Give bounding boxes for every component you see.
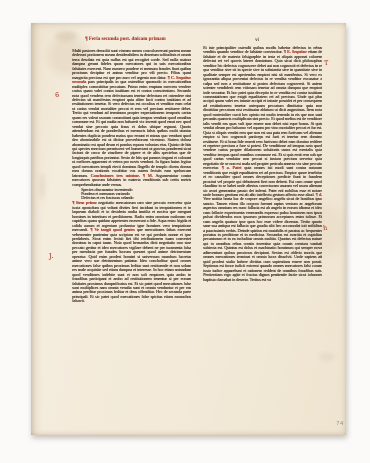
margin-annotation-right-lower: h xyxy=(323,225,328,232)
text-run: quia omnes isti modi sunt contra naturam… xyxy=(203,165,322,197)
pilcrow-icon: ¶ xyxy=(85,37,88,42)
text-run: que mercationes falsas exercent vehement… xyxy=(72,227,191,303)
margin-annotation-left-upper: 6 xyxy=(55,92,60,99)
text-run: etiam de falsitate et de materia falsigr… xyxy=(203,49,322,170)
pencil-page-number: 74 xyxy=(336,421,344,427)
text-column-left: Multi pastores demoliti sunt vineam meam… xyxy=(72,49,191,387)
text-column-right: Et iste principaliter ostendit quibus mo… xyxy=(203,46,322,387)
margin-annotation-left-lower: J. xyxy=(49,253,54,260)
rubric-heading: ¶Feria secunda post. dnicam primam xyxy=(85,37,225,43)
book-page: ¶Feria secunda post. dnicam primam vi Mu… xyxy=(31,23,346,435)
text-run: Vere notitia beata lux de corpore angeli… xyxy=(203,196,322,281)
photo-background: ¶Feria secunda post. dnicam primam vi Mu… xyxy=(0,0,370,463)
text-run: pars principalis in qua ostenditur quomo… xyxy=(72,79,191,178)
folio-number: vi xyxy=(255,38,275,43)
paper-blemish xyxy=(39,173,45,199)
paper-blemish xyxy=(55,31,77,41)
verse-block: Species obscurantur inveniendo Pondera e… xyxy=(72,188,191,201)
rubric-heading-text: Feria secunda post. dnicam primam xyxy=(89,37,166,42)
margin-annotation-right-upper: T xyxy=(324,60,329,67)
